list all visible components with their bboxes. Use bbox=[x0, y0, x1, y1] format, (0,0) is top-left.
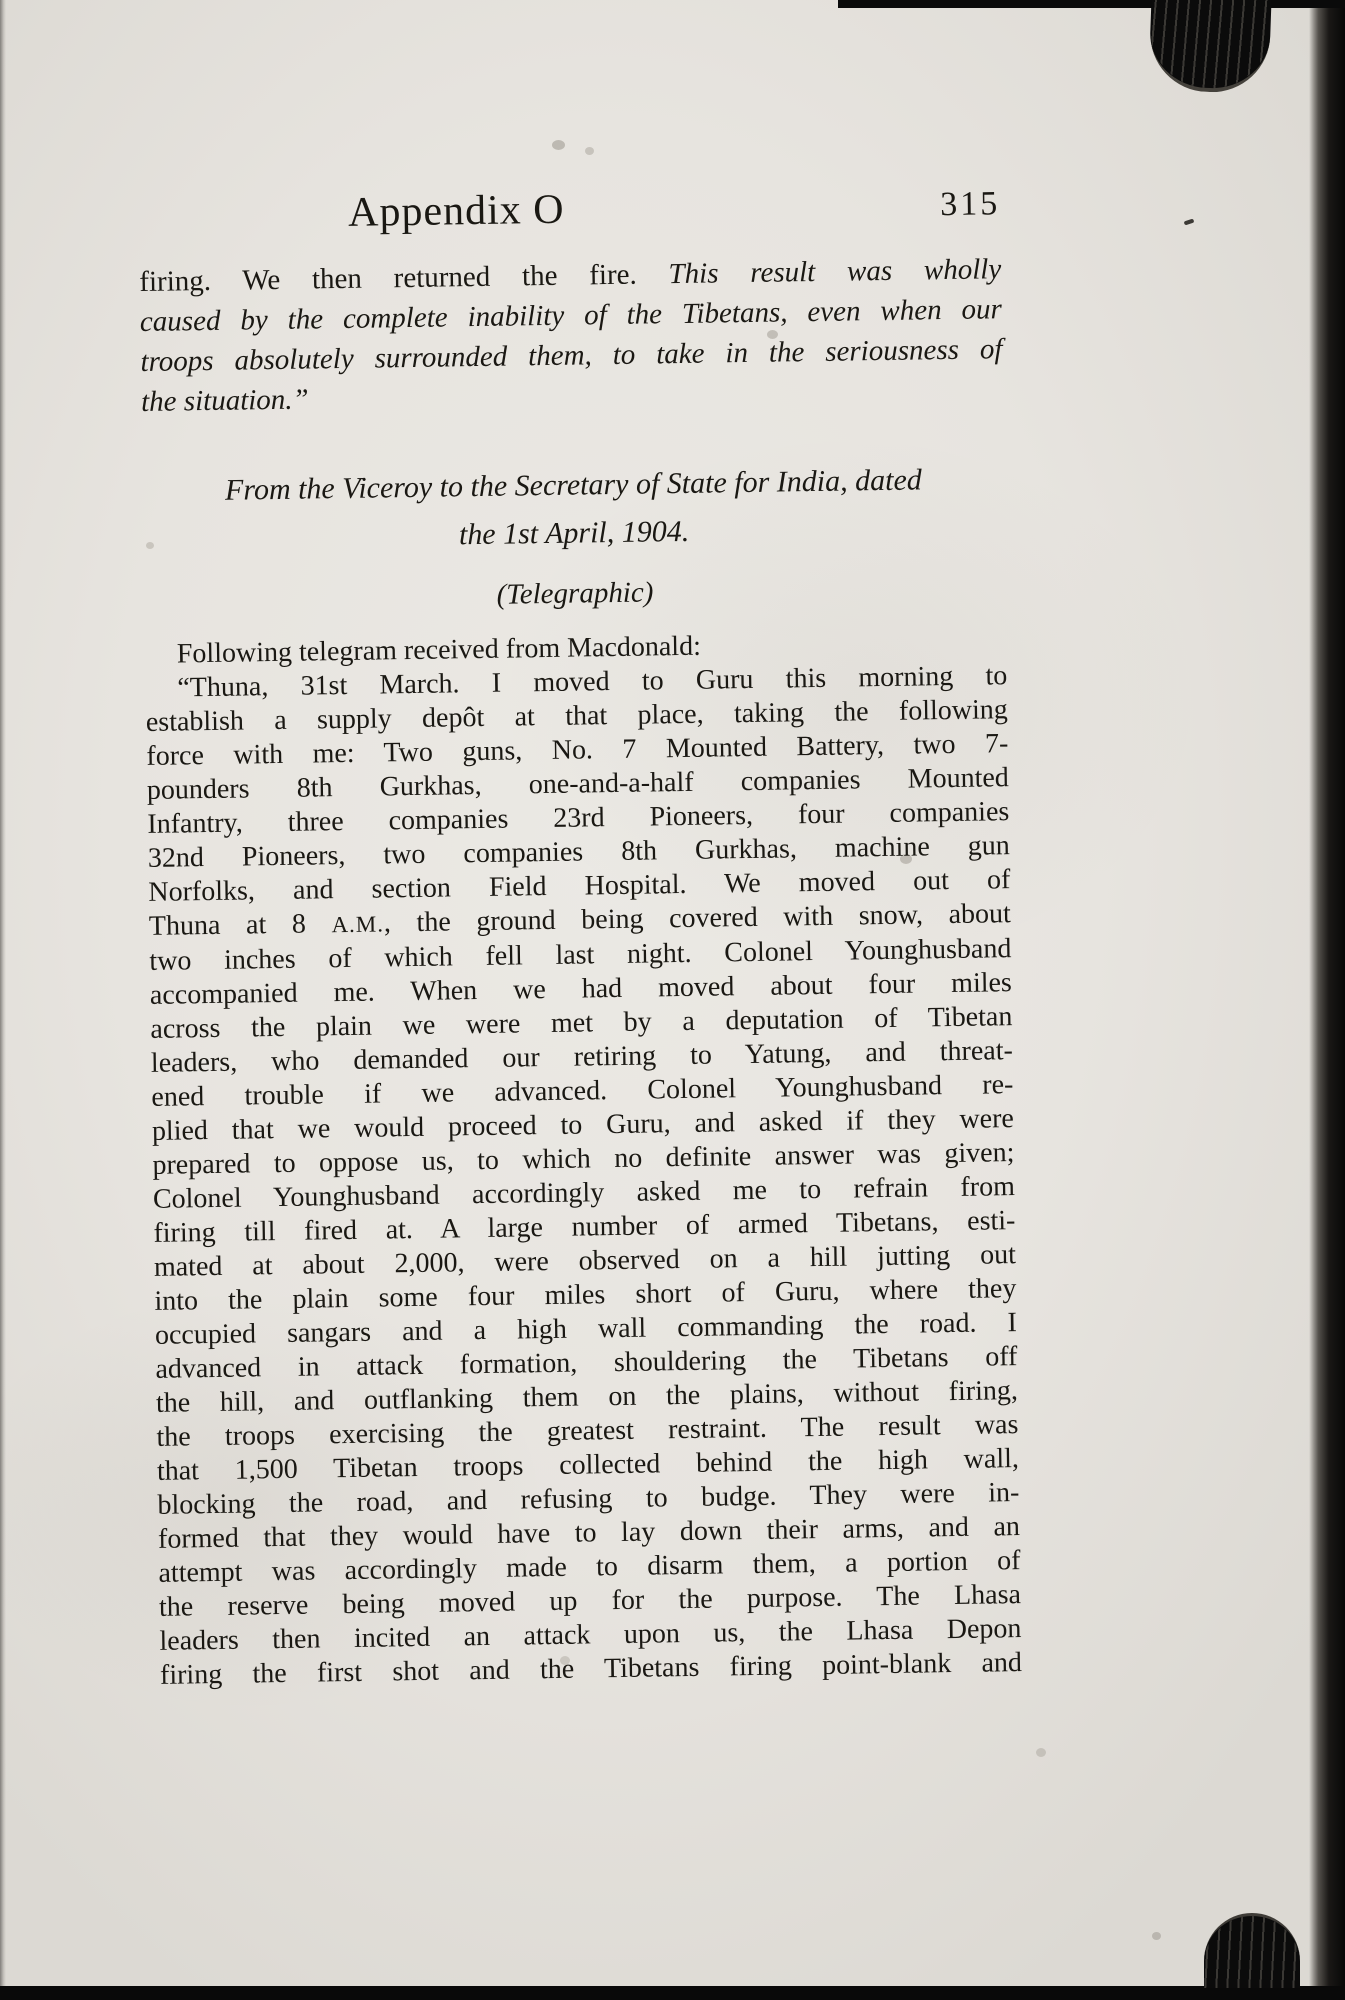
scan-speck bbox=[585, 147, 594, 155]
text-segment: This result was wholly bbox=[668, 253, 1001, 290]
text-segment: From the Viceroy to the Secretary of Sta… bbox=[225, 463, 922, 506]
page-text: Appendix O 315 firing. We then returned … bbox=[138, 179, 1022, 1693]
page-curl-blob-top bbox=[1148, 0, 1271, 94]
text-line: (Telegraphic) bbox=[144, 569, 1006, 618]
continuation-paragraph: firing. We then returned the fire. This … bbox=[139, 249, 1003, 422]
text-blocks: firing. We then returned the fire. This … bbox=[139, 249, 1022, 1693]
telegram-paragraph: Following telegram received from Macdona… bbox=[145, 625, 1023, 1693]
book-right-edge bbox=[1309, 0, 1345, 2000]
page-left-edge-shadow bbox=[0, 0, 6, 2000]
page-title: Appendix O bbox=[348, 186, 565, 237]
source-heading: From the Viceroy to the Secretary of Sta… bbox=[142, 455, 1005, 564]
page-header: Appendix O 315 bbox=[138, 179, 1001, 248]
text-segment: , the ground being covered with snow, ab… bbox=[384, 898, 1011, 938]
scan-speck bbox=[1184, 219, 1195, 226]
scan-speck bbox=[1152, 1932, 1161, 1940]
text-segment: Thuna at 8 bbox=[149, 908, 332, 942]
text-segment: Following telegram received from Macdona… bbox=[177, 631, 701, 670]
text-segment: the situation.” bbox=[141, 383, 309, 417]
text-segment: A.M. bbox=[331, 911, 384, 937]
text-segment: (Telegraphic) bbox=[496, 576, 653, 610]
page-curl-blob-bottom bbox=[1204, 1913, 1300, 1988]
text-segment: firing. We then returned the fire. bbox=[139, 258, 669, 298]
page-number: 315 bbox=[940, 185, 1001, 224]
scanned-book-page: Appendix O 315 firing. We then returned … bbox=[0, 0, 1345, 2000]
scan-speck bbox=[1036, 1748, 1046, 1757]
telegraphic-label: (Telegraphic) bbox=[144, 569, 1006, 618]
text-segment: the 1st April, 1904. bbox=[459, 515, 690, 551]
scan-speck bbox=[552, 140, 565, 150]
scan-bottom-edge bbox=[0, 1986, 1345, 2000]
